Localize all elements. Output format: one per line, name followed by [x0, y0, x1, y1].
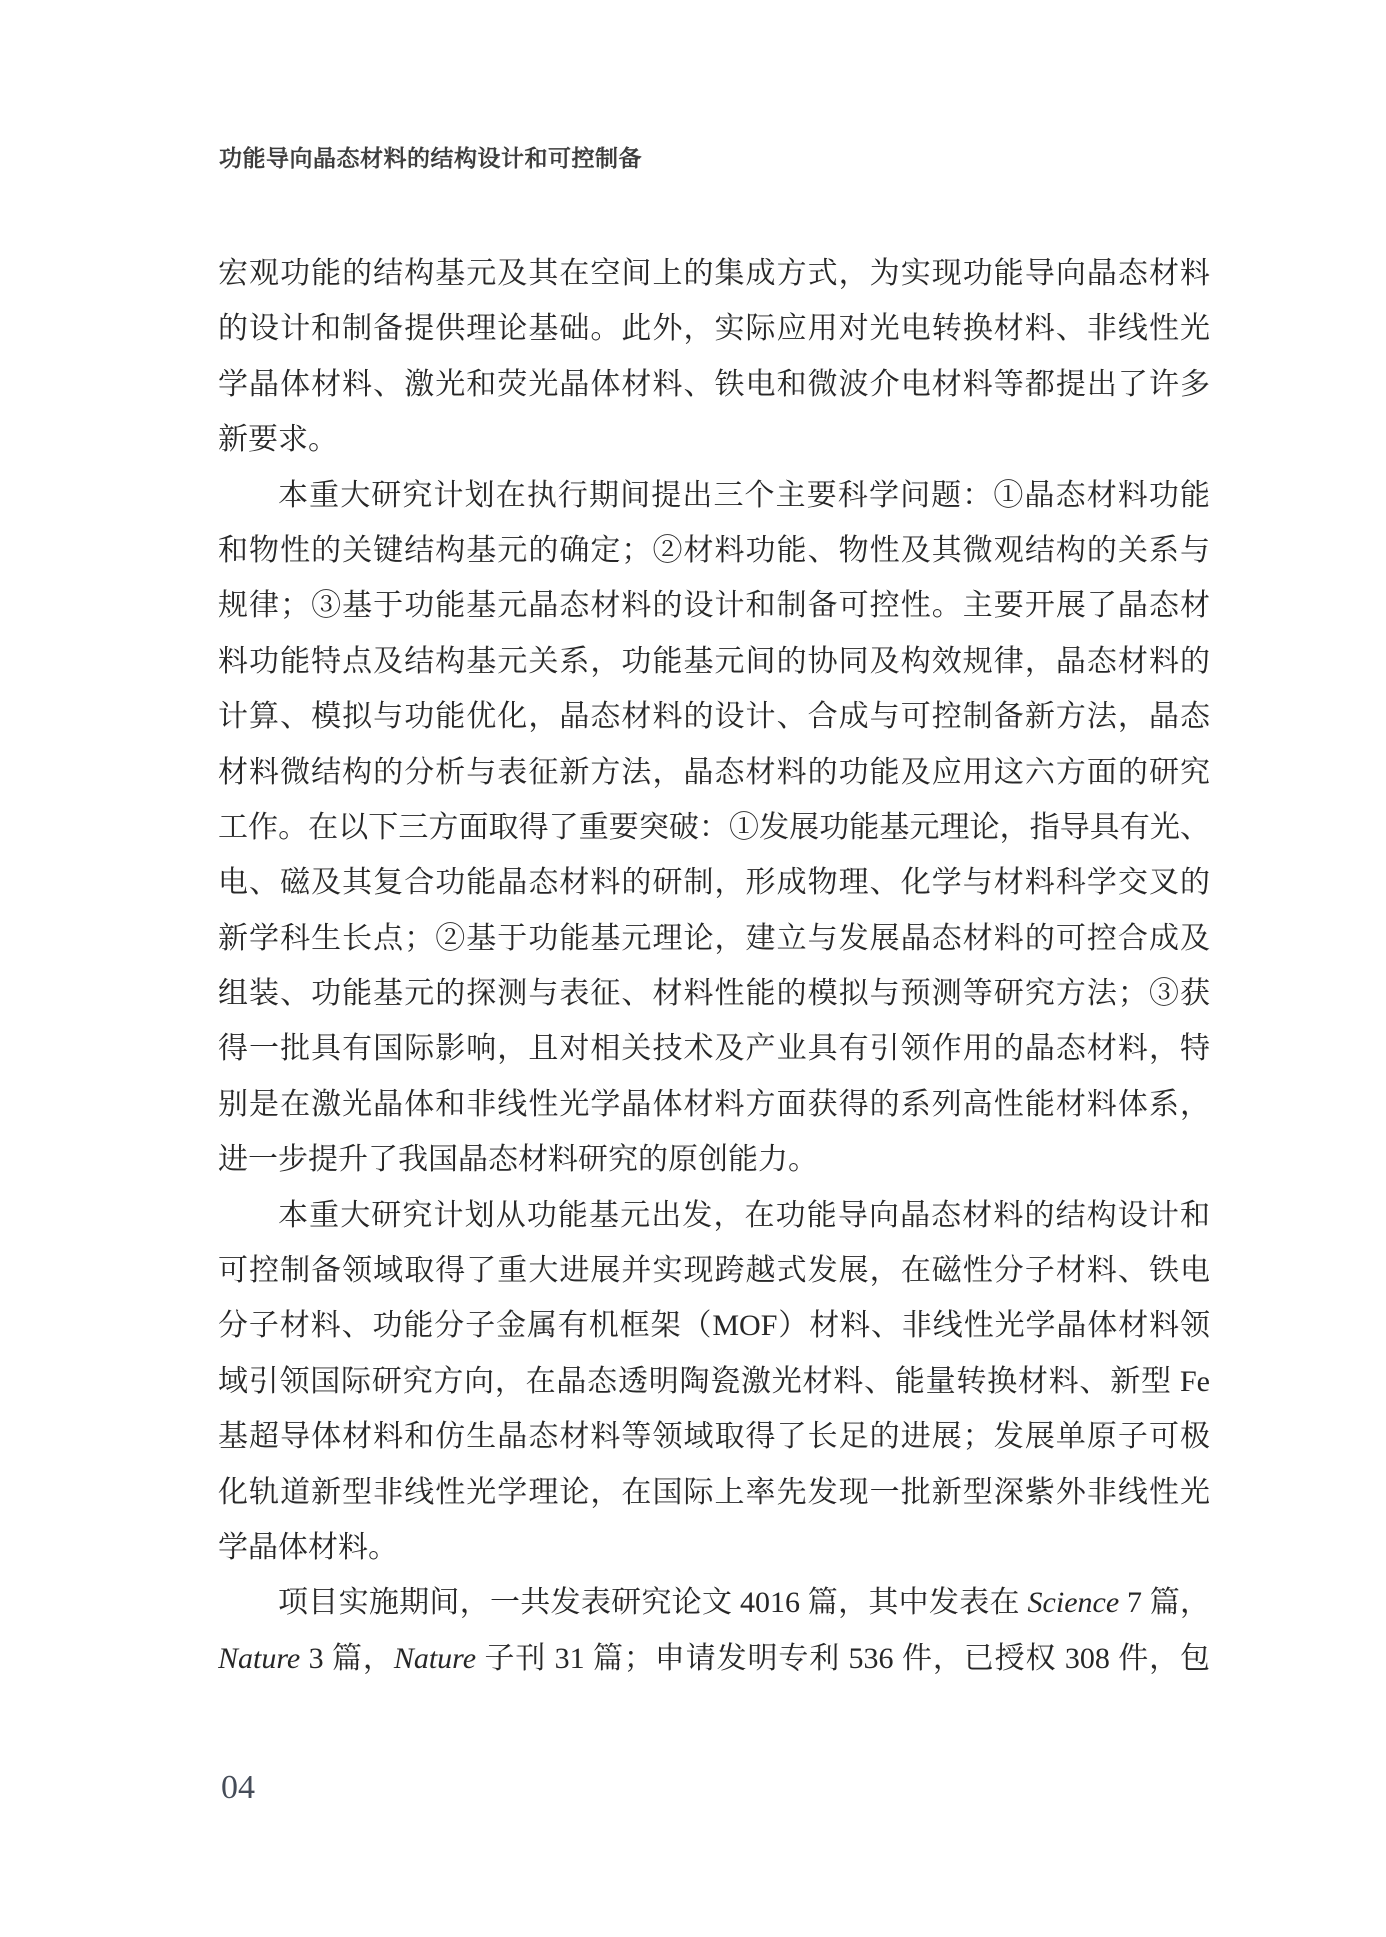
text-segment: 进一步提升了我国晶态材料研究的原创能力。: [218, 1143, 818, 1176]
text-line: 项目实施期间，一共发表研究论文 4016 篇，其中发表在 Science 7 篇…: [218, 1575, 1210, 1630]
journal-name: Nature: [218, 1642, 300, 1675]
journal-name: Science: [1028, 1586, 1120, 1619]
text-segment: 计算、模拟与功能优化，晶态材料的设计、合成与可控制备新方法，晶态: [218, 700, 1210, 733]
text-segment: 基超导体材料和仿生晶态材料等领域取得了长足的进展；发展单原子可极: [218, 1420, 1210, 1453]
text-line: 可控制备领域取得了重大进展并实现跨越式发展，在磁性分子材料、铁电: [218, 1243, 1210, 1298]
text-segment: 分子材料、功能分子金属有机框架（MOF）材料、非线性光学晶体材料领: [218, 1309, 1210, 1342]
text-segment: 的设计和制备提供理论基础。此外，实际应用对光电转换材料、非线性光: [218, 312, 1210, 345]
text-line: 学晶体材料。: [218, 1520, 1210, 1575]
text-line: 的设计和制备提供理论基础。此外，实际应用对光电转换材料、非线性光: [218, 301, 1210, 356]
body-text: 宏观功能的结构基元及其在空间上的集成方式，为实现功能导向晶态材料的设计和制备提供…: [218, 246, 1210, 1686]
text-segment: 新要求。: [218, 423, 338, 456]
text-segment: 料功能特点及结构基元关系，功能基元间的协同及构效规律，晶态材料的: [218, 645, 1210, 678]
text-segment: 学晶体材料。: [218, 1531, 398, 1564]
text-segment: 别是在激光晶体和非线性光学晶体材料方面获得的系列高性能材料体系，: [218, 1088, 1210, 1121]
text-line: 别是在激光晶体和非线性光学晶体材料方面获得的系列高性能材料体系，: [218, 1077, 1210, 1132]
text-segment: 得一批具有国际影响，且对相关技术及产业具有引领作用的晶态材料，特: [218, 1032, 1210, 1065]
paragraph: 项目实施期间，一共发表研究论文 4016 篇，其中发表在 Science 7 篇…: [218, 1575, 1210, 1686]
running-head: 功能导向晶态材料的结构设计和可控制备: [219, 140, 642, 173]
text-line: 计算、模拟与功能优化，晶态材料的设计、合成与可控制备新方法，晶态: [218, 689, 1210, 744]
text-segment: 和物性的关键结构基元的确定；②材料功能、物性及其微观结构的关系与: [218, 534, 1210, 567]
text-line: 化轨道新型非线性光学理论，在国际上率先发现一批新型深紫外非线性光: [218, 1465, 1210, 1520]
text-line: 工作。在以下三方面取得了重要突破：①发展功能基元理论，指导具有光、: [218, 800, 1210, 855]
text-segment: 3 篇，: [300, 1642, 394, 1675]
text-line: 料功能特点及结构基元关系，功能基元间的协同及构效规律，晶态材料的: [218, 634, 1210, 689]
text-line: 材料微结构的分析与表征新方法，晶态材料的功能及应用这六方面的研究: [218, 745, 1210, 800]
text-line: 新要求。: [218, 412, 1210, 467]
text-segment: 本重大研究计划在执行期间提出三个主要科学问题：①晶态材料功能: [278, 479, 1210, 512]
text-line: 分子材料、功能分子金属有机框架（MOF）材料、非线性光学晶体材料领: [218, 1298, 1210, 1353]
text-line: 本重大研究计划在执行期间提出三个主要科学问题：①晶态材料功能: [218, 468, 1210, 523]
text-segment: 化轨道新型非线性光学理论，在国际上率先发现一批新型深紫外非线性光: [218, 1476, 1210, 1509]
text-line: 组装、功能基元的探测与表征、材料性能的模拟与预测等研究方法；③获: [218, 966, 1210, 1021]
text-segment: 工作。在以下三方面取得了重要突破：①发展功能基元理论，指导具有光、: [218, 811, 1210, 844]
text-line: 本重大研究计划从功能基元出发，在功能导向晶态材料的结构设计和: [218, 1188, 1210, 1243]
text-line: 域引领国际研究方向，在晶态透明陶瓷激光材料、能量转换材料、新型 Fe: [218, 1354, 1210, 1409]
text-line: 新学科生长点；②基于功能基元理论，建立与发展晶态材料的可控合成及: [218, 911, 1210, 966]
text-segment: 可控制备领域取得了重大进展并实现跨越式发展，在磁性分子材料、铁电: [218, 1254, 1210, 1287]
text-line: 基超导体材料和仿生晶态材料等领域取得了长足的进展；发展单原子可极: [218, 1409, 1210, 1464]
text-segment: 宏观功能的结构基元及其在空间上的集成方式，为实现功能导向晶态材料: [218, 257, 1210, 290]
text-segment: 学晶体材料、激光和荧光晶体材料、铁电和微波介电材料等都提出了许多: [218, 368, 1210, 401]
text-segment: 组装、功能基元的探测与表征、材料性能的模拟与预测等研究方法；③获: [218, 977, 1210, 1010]
text-line: 学晶体材料、激光和荧光晶体材料、铁电和微波介电材料等都提出了许多: [218, 357, 1210, 412]
text-segment: 本重大研究计划从功能基元出发，在功能导向晶态材料的结构设计和: [278, 1199, 1210, 1232]
text-segment: 项目实施期间，一共发表研究论文 4016 篇，其中发表在: [278, 1586, 1028, 1619]
document-page: 功能导向晶态材料的结构设计和可控制备 宏观功能的结构基元及其在空间上的集成方式，…: [0, 0, 1386, 1937]
text-line: 和物性的关键结构基元的确定；②材料功能、物性及其微观结构的关系与: [218, 523, 1210, 578]
text-line: Nature 3 篇，Nature 子刊 31 篇；申请发明专利 536 件，已…: [218, 1631, 1210, 1686]
text-line: 进一步提升了我国晶态材料研究的原创能力。: [218, 1132, 1210, 1187]
text-segment: 子刊 31 篇；申请发明专利 536 件，已授权 308 件，包: [476, 1642, 1210, 1675]
text-segment: 规律；③基于功能基元晶态材料的设计和制备可控性。主要开展了晶态材: [218, 589, 1210, 622]
text-segment: 材料微结构的分析与表征新方法，晶态材料的功能及应用这六方面的研究: [218, 756, 1210, 789]
page-number: 04: [221, 1768, 255, 1808]
text-line: 规律；③基于功能基元晶态材料的设计和制备可控性。主要开展了晶态材: [218, 578, 1210, 633]
text-segment: 电、磁及其复合功能晶态材料的研制，形成物理、化学与材料科学交叉的: [218, 866, 1210, 899]
journal-name: Nature: [394, 1642, 476, 1675]
paragraph: 宏观功能的结构基元及其在空间上的集成方式，为实现功能导向晶态材料的设计和制备提供…: [218, 246, 1210, 468]
text-line: 电、磁及其复合功能晶态材料的研制，形成物理、化学与材料科学交叉的: [218, 855, 1210, 910]
text-line: 宏观功能的结构基元及其在空间上的集成方式，为实现功能导向晶态材料: [218, 246, 1210, 301]
text-segment: 新学科生长点；②基于功能基元理论，建立与发展晶态材料的可控合成及: [218, 922, 1210, 955]
text-segment: 7 篇，: [1119, 1586, 1210, 1619]
text-segment: 域引领国际研究方向，在晶态透明陶瓷激光材料、能量转换材料、新型 Fe: [218, 1365, 1210, 1398]
text-line: 得一批具有国际影响，且对相关技术及产业具有引领作用的晶态材料，特: [218, 1021, 1210, 1076]
paragraph: 本重大研究计划从功能基元出发，在功能导向晶态材料的结构设计和可控制备领域取得了重…: [218, 1188, 1210, 1576]
paragraph: 本重大研究计划在执行期间提出三个主要科学问题：①晶态材料功能和物性的关键结构基元…: [218, 468, 1210, 1188]
